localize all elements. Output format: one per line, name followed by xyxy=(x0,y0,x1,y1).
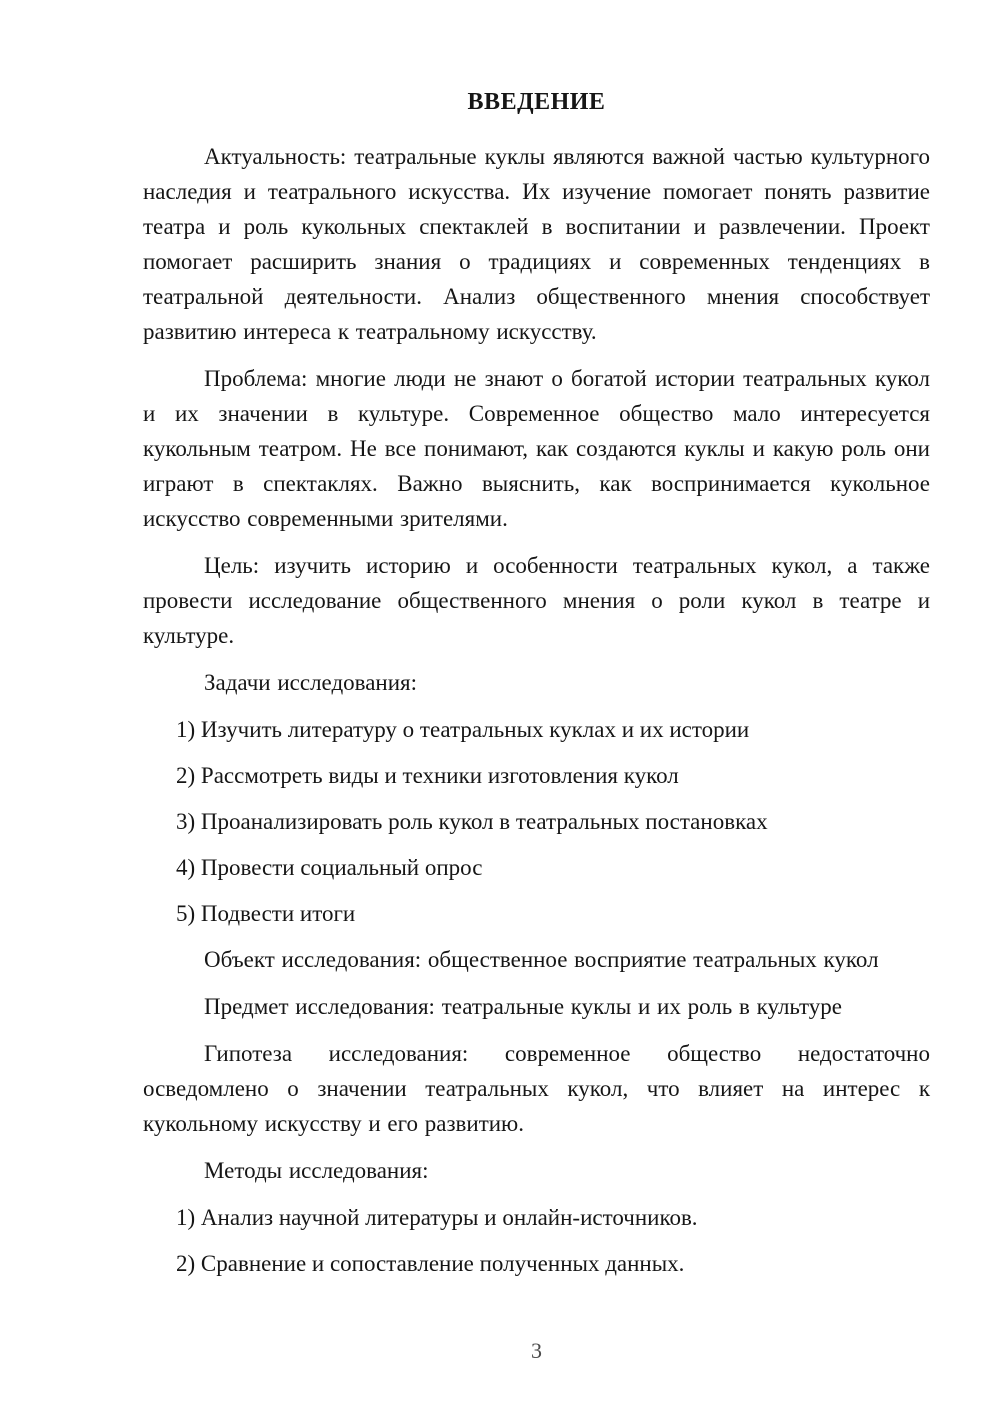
task-item-5: 5) Подвести итоги xyxy=(143,896,930,931)
para-problem: Проблема: многие люди не знают о богатой… xyxy=(143,361,930,536)
document-body: ВВЕДЕНИЕ Актуальность: театральные куклы… xyxy=(143,86,930,1292)
para-hypothesis: Гипотеза исследования: современное общес… xyxy=(143,1036,930,1141)
page-title: ВВЕДЕНИЕ xyxy=(143,86,930,118)
document-page: ВВЕДЕНИЕ Актуальность: театральные куклы… xyxy=(0,0,1000,1414)
task-item-2: 2) Рассмотреть виды и техники изготовлен… xyxy=(143,758,930,793)
method-item-1: 1) Анализ научной литературы и онлайн-ис… xyxy=(143,1200,930,1235)
method-item-2: 2) Сравнение и сопоставление полученных … xyxy=(143,1246,930,1281)
tasks-heading: Задачи исследования: xyxy=(143,665,930,700)
para-goal: Цель: изучить историю и особенности теат… xyxy=(143,548,930,653)
para-subject: Предмет исследования: театральные куклы … xyxy=(143,989,930,1024)
para-relevance: Актуальность: театральные куклы являются… xyxy=(143,139,930,349)
task-item-1: 1) Изучить литературу о театральных кукл… xyxy=(143,712,930,747)
page-number: 3 xyxy=(143,1338,930,1364)
para-object: Объект исследования: общественное воспри… xyxy=(143,942,930,977)
methods-heading: Методы исследования: xyxy=(143,1153,930,1188)
task-item-3: 3) Проанализировать роль кукол в театрал… xyxy=(143,804,930,839)
task-item-4: 4) Провести социальный опрос xyxy=(143,850,930,885)
